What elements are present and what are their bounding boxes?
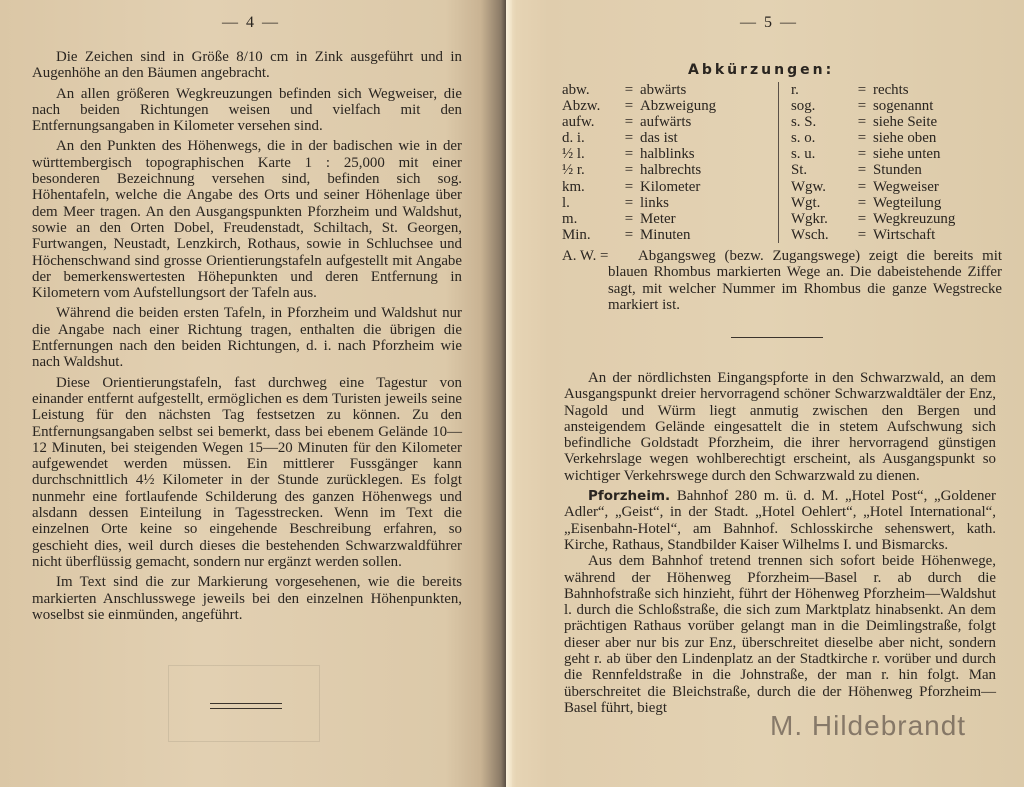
abbreviation-value: Wegweiser [873, 179, 939, 195]
abbreviation-row: Min.=Minuten [562, 227, 772, 243]
abbreviation-value: sogenannt [873, 98, 933, 114]
paragraph: Diese Orientierungstafeln, fast durchweg… [32, 375, 462, 571]
abbreviation-row: r.=rechts [791, 82, 1015, 98]
abbreviation-row: ½ l.=halblinks [562, 146, 772, 162]
town-entry: Pforzheim. Bahnhof 280 m. ü. d. M. „Hote… [564, 488, 996, 553]
abbreviation-key: aufw. [562, 114, 618, 130]
abbreviation-value: Wegkreuzung [873, 211, 955, 227]
abbreviations-heading: Abkürzungen: [688, 62, 834, 78]
aw-abbreviation-entry: A. W. = Abgangsweg (bezw. Zugangswege) z… [562, 248, 1002, 313]
abbreviation-value: aufwärts [640, 114, 691, 130]
abbreviation-value: Wirtschaft [873, 227, 935, 243]
abbreviation-key: ½ l. [562, 146, 618, 162]
abbreviations-column-right: r.=rechts sog.=sogenannt s. S.=siehe Sei… [778, 82, 1015, 243]
paragraph: Die Zeichen sind in Größe 8/10 cm in Zin… [32, 49, 462, 82]
abbreviation-row: Wgt.=Wegteilung [791, 195, 1015, 211]
equals-sign: = [851, 162, 873, 178]
abbreviations-column-left: abw.=abwärts Abzw.=Abzweigung aufw.=aufw… [562, 82, 772, 243]
equals-sign: = [851, 82, 873, 98]
section-divider [731, 337, 823, 338]
abbreviation-row: aufw.=aufwärts [562, 114, 772, 130]
abbreviation-row: ½ r.=halbrechts [562, 162, 772, 178]
abbreviation-key: ½ r. [562, 162, 618, 178]
abbreviation-value: Meter [640, 211, 676, 227]
double-rule-divider [210, 703, 282, 709]
abbreviation-value: halblinks [640, 146, 695, 162]
abbreviation-row: Abzw.=Abzweigung [562, 98, 772, 114]
equals-sign: = [618, 195, 640, 211]
equals-sign: = [618, 162, 640, 178]
equals-sign: = [851, 227, 873, 243]
abbreviation-value: links [640, 195, 669, 211]
abbreviation-key: Wgt. [791, 195, 851, 211]
abbreviation-key: l. [562, 195, 618, 211]
abbreviation-key: r. [791, 82, 851, 98]
paragraph: Aus dem Bahnhof tretend trennen sich sof… [564, 553, 996, 716]
abbreviation-row: sog.=sogenannt [791, 98, 1015, 114]
aw-text: Abgangsweg (bezw. Zugangswege) zeigt die… [608, 248, 1002, 313]
abbreviation-value: abwärts [640, 82, 686, 98]
abbreviation-key: Abzw. [562, 98, 618, 114]
abbreviation-key: A. W. = [562, 248, 608, 264]
equals-sign: = [618, 130, 640, 146]
town-name: Pforzheim. [588, 488, 670, 504]
right-page: — 5 — Abkürzungen: abw.=abwärts Abzw.=Ab… [506, 0, 1024, 787]
abbreviation-key: Wsch. [791, 227, 851, 243]
abbreviation-key: d. i. [562, 130, 618, 146]
equals-sign: = [851, 146, 873, 162]
paragraph: An den Punkten des Höhenwegs, die in der… [32, 138, 462, 301]
paragraph: An allen größeren Wegkreuzungen befinden… [32, 86, 462, 135]
abbreviation-key: s. u. [791, 146, 851, 162]
abbreviation-value: das ist [640, 130, 678, 146]
equals-sign: = [851, 98, 873, 114]
abbreviation-key: m. [562, 211, 618, 227]
abbreviation-key: Min. [562, 227, 618, 243]
abbreviation-key: abw. [562, 82, 618, 98]
book-spine [506, 0, 512, 787]
abbreviation-key: Wgw. [791, 179, 851, 195]
paragraph: Während die beiden ersten Tafeln, in Pfo… [32, 305, 462, 370]
watermark: M. Hildebrandt [770, 710, 966, 742]
paragraph: An der nördlichsten Eingangspforte in de… [564, 370, 996, 484]
abbreviation-value: Abgangsweg (bezw. Zugangswege) zeigt die… [562, 248, 1002, 313]
abbreviation-key: St. [791, 162, 851, 178]
abbreviation-value: Minuten [640, 227, 690, 243]
abbreviation-key: s. o. [791, 130, 851, 146]
abbreviation-value: siehe oben [873, 130, 936, 146]
abbreviation-key: sog. [791, 98, 851, 114]
left-page: — 4 — Die Zeichen sind in Größe 8/10 cm … [0, 0, 506, 787]
abbreviation-row: St.=Stunden [791, 162, 1015, 178]
abbreviation-row: l.=links [562, 195, 772, 211]
abbreviation-value: halbrechts [640, 162, 701, 178]
abbreviation-key: s. S. [791, 114, 851, 130]
abbreviation-value: rechts [873, 82, 909, 98]
equals-sign: = [618, 211, 640, 227]
abbreviation-key: km. [562, 179, 618, 195]
abbreviation-row: km.=Kilometer [562, 179, 772, 195]
abbreviation-value: siehe Seite [873, 114, 937, 130]
abbreviation-row: m.=Meter [562, 211, 772, 227]
abbreviation-value: Stunden [873, 162, 922, 178]
equals-sign: = [851, 211, 873, 227]
abbreviation-value: siehe unten [873, 146, 940, 162]
page-number: — 4 — [222, 14, 280, 32]
abbreviation-value: Wegteilung [873, 195, 941, 211]
equals-sign: = [618, 227, 640, 243]
equals-sign: = [618, 179, 640, 195]
right-page-body: An der nördlichsten Eingangspforte in de… [564, 370, 996, 720]
equals-sign: = [851, 195, 873, 211]
equals-sign: = [851, 179, 873, 195]
abbreviation-value: Abzweigung [640, 98, 716, 114]
abbreviation-row: s. o.=siehe oben [791, 130, 1015, 146]
equals-sign: = [618, 82, 640, 98]
abbreviation-row: Wgw.=Wegweiser [791, 179, 1015, 195]
abbreviation-row: abw.=abwärts [562, 82, 772, 98]
abbreviation-value: Kilometer [640, 179, 700, 195]
paragraph: Im Text sind die zur Markierung vorgeseh… [32, 574, 462, 623]
abbreviation-row: Wgkr.=Wegkreuzung [791, 211, 1015, 227]
page-number: — 5 — [740, 14, 798, 32]
abbreviation-key: Wgkr. [791, 211, 851, 227]
equals-sign: = [618, 98, 640, 114]
equals-sign: = [851, 130, 873, 146]
equals-sign: = [851, 114, 873, 130]
abbreviation-row: d. i.=das ist [562, 130, 772, 146]
abbreviation-row: s. u.=siehe unten [791, 146, 1015, 162]
abbreviation-row: s. S.=siehe Seite [791, 114, 1015, 130]
left-page-body: Die Zeichen sind in Größe 8/10 cm in Zin… [32, 49, 462, 627]
equals-sign: = [618, 146, 640, 162]
abbreviation-row: Wsch.=Wirtschaft [791, 227, 1015, 243]
equals-sign: = [618, 114, 640, 130]
